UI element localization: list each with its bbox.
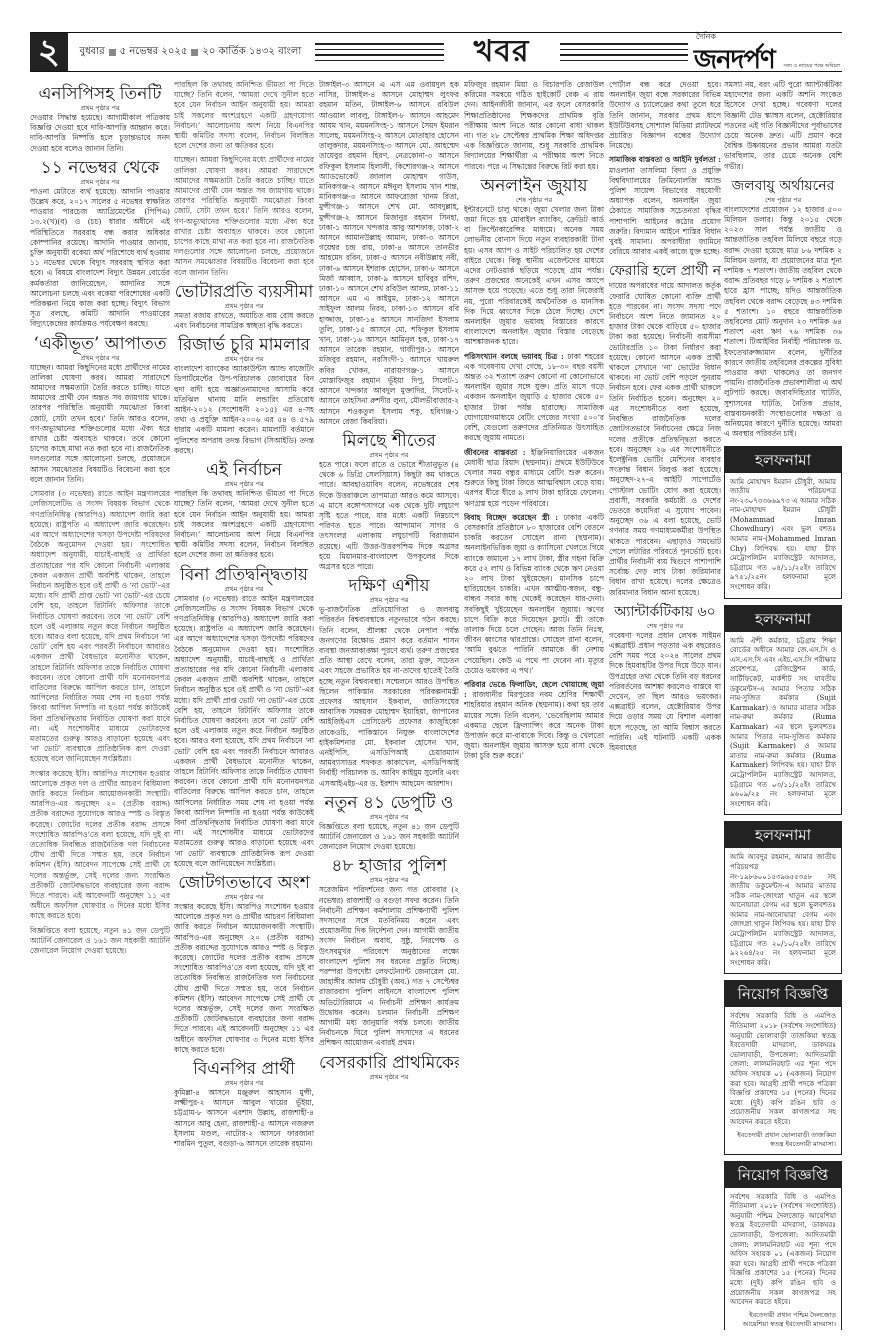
article-ferari: ফেরারি হলে প্রার্থী নয় দায়ের অপরাধের দ… xyxy=(609,261,721,597)
article-paragraph: পরিসংখ্যান বলছে ভয়াবহ চিত্র : ঢাকা শহরে… xyxy=(464,352,604,444)
jump-line: প্রথম পৃষ্ঠার পর xyxy=(319,876,459,885)
headline: বিনা প্রতিদ্বন্দ্বিতায় xyxy=(174,565,314,585)
jump-line: প্রথম পৃষ্ঠার পর xyxy=(174,1079,314,1088)
headline: ১১ নভেম্বর থেকে xyxy=(30,158,170,178)
newspaper-logo: দৈনিক জনদর্পণ সত্য ও ন্যায়ের পক্ষে অবিচ… xyxy=(694,33,842,71)
paragraph-lead: পরিসংখ্যান বলছে ভয়াবহ চিত্র : xyxy=(464,352,564,361)
notice-content: সর্বশেষ সরকারি বিধি ও এমপিও নীতিমালা ২০১… xyxy=(725,1007,841,1153)
notice-content: সর্বশেষ সরকারি বিধি ও এমপিও নীতিমালা ২০১… xyxy=(725,1188,841,1330)
notice-title: হলফনামা xyxy=(725,606,841,632)
jump-line: প্রথম পৃষ্ঠার পর xyxy=(174,585,314,594)
logo-tagline: সত্য ও ন্যায়ের পক্ষে অবিচল xyxy=(783,63,840,71)
headline: অনলাইন জুয়ায় xyxy=(464,176,604,196)
article-antarctica: অ্যান্টার্কটিকায় ৬০ শেষ পৃষ্ঠার পর গবেষ… xyxy=(609,602,721,753)
headline: এনসিপিসহ তিনটি xyxy=(30,84,170,104)
notice-body: সর্বশেষ সরকারি বিধি ও এমপিও নীতিমালা ২০১… xyxy=(730,1193,836,1308)
article-paragraph: সামাজিক বাস্তবতা ও আইনি দুর্বলতা : মাওলা… xyxy=(609,155,721,257)
jump-line: প্রথম পৃষ্ঠার পর xyxy=(174,480,314,489)
dateline: বুধবার ৫ নভেম্বর ২০২৫ ২০ কার্তিক ১৪৩২ বা… xyxy=(80,44,302,61)
decorative-rules-left xyxy=(315,43,443,61)
headline: বিএনপির প্রার্থী xyxy=(174,1059,314,1079)
article-body: দায়ের অপরাধের দায়ে আদালত কর্তৃক ফেরারি… xyxy=(609,281,721,597)
article-body-continued: পারছিল কি তথাবহ অনিশ্চিত ভীমতা পা দিতে য… xyxy=(174,80,314,151)
notice-title: নিয়োগ বিজ্ঞপ্তি xyxy=(725,981,841,1007)
jump-line: প্রথম পৃষ্ঠার পর xyxy=(30,178,170,187)
jump-line: প্রথম পৃষ্ঠার পর xyxy=(174,302,314,311)
headline: এই নির্বাচন xyxy=(174,460,314,480)
headline: ভোটারপ্রতি ব্যয়সীমা xyxy=(174,282,314,302)
article-besorkari: বেসরকারি প্রাথমিকের প্রথম পৃষ্ঠার পর xyxy=(319,1053,459,1082)
article-reserve: রিজার্ভ চুরি মামলার প্রথম পৃষ্ঠার পর বাং… xyxy=(174,335,314,456)
article-columns: এনসিপিসহ তিনটি প্রথম পৃষ্ঠার পর দেওয়ার … xyxy=(30,80,842,1330)
article-body: দেওয়ার সিদ্ধান্ত হয়েছে। আগামীকাল পত্রি… xyxy=(30,113,170,154)
headline: মিলছে শীতের xyxy=(319,431,459,451)
headline: অ্যান্টার্কটিকায় ৬০ xyxy=(609,602,721,622)
jump-line: শেষ পৃষ্ঠার পর xyxy=(609,622,721,631)
decorative-rules-right xyxy=(560,43,688,61)
article-climate: জলবায়ু অর্থায়নের শেষ পৃষ্ঠার পর বাংলাদ… xyxy=(724,176,842,440)
paragraph-text: মাওলানা তাসলিমা বিদ্যা ও প্রযুক্তি বিশ্ব… xyxy=(609,166,721,257)
notice-signature: ইবতেদায়ী প্রধান পশ্চিম দৈলজোড় আয়েশিয়… xyxy=(730,1311,836,1329)
headline: জলবায়ু অর্থায়নের xyxy=(724,176,842,196)
article-body: সরেজমিন পরিদর্শনের জন্য গত রোববার (২ নভে… xyxy=(319,885,459,1048)
column-2: পারছিল কি তথাবহ অনিশ্চিত ভীমতা পা দিতে য… xyxy=(174,80,314,1330)
article-police: ৪৮ হাজার পুলিশ প্রথম পৃষ্ঠার পর সরেজমিন … xyxy=(319,856,459,1048)
article-body-continued: যাচ্ছেন। আমরা কিছুদিনের মধ্যে প্রার্থীদে… xyxy=(174,155,314,277)
jump-line: প্রথম পৃষ্ঠার পর xyxy=(319,451,459,460)
column-3: টাঙ্গাইল-৩ আসনে এ এস এম ওবায়দুল হক নাসি… xyxy=(319,80,459,1330)
column-6: সমস্যা নয়, বরং এটি পুরো অ্যান্টার্কটিকা… xyxy=(724,80,842,1330)
article-body: পারছিল কি তথাবহ অনিশ্চিত ভীমতা পা দিতে য… xyxy=(174,489,314,560)
date-gregorian: ৫ নভেম্বর ২০২৫ xyxy=(120,44,188,61)
day-label: বুধবার xyxy=(80,44,105,61)
notice-body: আমি ঐশী কর্মকার, চট্টগ্রাম শিক্ষা বোর্ডে… xyxy=(725,632,841,815)
notice-body: আমি মোহাম্মদ ইমরান চৌধুরী, আমার জাতীয় প… xyxy=(725,473,841,598)
separator-square-icon xyxy=(109,49,116,56)
article-body: বাংলাদেশের প্রয়োজন ১২ হাজার ৫০০ মিলিয়ন… xyxy=(724,205,842,440)
paragraph-lead: সামাজিক বাস্তবতা ও আইনি দুর্বলতা : xyxy=(609,155,721,164)
notice-affidavit-3: হলফনামা আমি আবদুর রহমান, আমার জাতীয় পরি… xyxy=(724,821,842,974)
article-climate-top: সমস্যা নয়, বরং এটি পুরো অ্যান্টার্কটিকা… xyxy=(724,80,842,172)
jump-line: শেষ পৃষ্ঠার পর xyxy=(724,196,842,205)
paragraph-lead: বিবাহ বিচ্ছেদ করেছেন স্ত্রী : xyxy=(464,513,558,522)
article-body: ইন্টারনেটে চালু থাকে। জুয়া খেলার জন্য ট… xyxy=(464,205,604,348)
article-ekibhut: ‘একীভূত’ আপাতত প্রথম পৃষ্ঠার পর যাচ্ছেন।… xyxy=(30,334,170,957)
notice-recruitment-1: নিয়োগ বিজ্ঞপ্তি সর্বশেষ সরকারি বিধি ও এ… xyxy=(724,980,842,1154)
article-body: যাচ্ছেন। আমরা কিছুদিনের মধ্যে প্রার্থীদে… xyxy=(30,363,170,485)
paragraph-lead: জীবনের বাস্তবতা : xyxy=(464,448,525,457)
notice-title: হলফনামা xyxy=(725,822,841,848)
notice-body: আমি আবদুর রহমান, আমার জাতীয় পরিচয়পত্র … xyxy=(725,848,841,973)
date-bengali: ২০ কার্তিক ১৪৩২ বাংলা xyxy=(202,44,301,61)
page-number: ২ xyxy=(30,33,68,71)
article-highcourt: মফিজুর রহমান মিয়া ও বিচারপতি রেজাউল করি… xyxy=(464,80,604,172)
article-body: ভূ-রাজনৈতিক প্রতিযোগিতা ও জলবায়ু পরিবর্… xyxy=(319,605,459,789)
article-paragraph: জীবনের বাস্তবতা : ইঞ্জিনিয়ারিংয়ের একজন… xyxy=(464,448,604,509)
article-paragraph: পরিবার ভেঙে ফিলাডিং, ছেলে খোয়াচ্ছে জুয়… xyxy=(464,680,604,762)
article-body: পাওনা মেটাতে ব্যর্থ হয়েছে। আদানি পাওয়া… xyxy=(30,187,170,330)
jump-line: প্রথম পৃষ্ঠার পর xyxy=(174,355,314,364)
masthead: ২ বুধবার ৫ নভেম্বর ২০২৫ ২০ কার্তিক ১৪৩২ … xyxy=(30,32,842,72)
article-body: সমতা বজায় রাখতে, অযাচিত ব্যয় রোধ করতে … xyxy=(174,311,314,331)
separator-square-icon xyxy=(191,49,198,56)
notice-signature: ইবতেদায়ী প্রধান ভোলাবাড়ী তাজকিয়া স্বত… xyxy=(730,1131,836,1149)
headline: দক্ষিণ এশীয় xyxy=(319,576,459,596)
notice-title: নিয়োগ বিজ্ঞপ্তি xyxy=(725,1162,841,1188)
article-body: কুমিল্লা-৪ আসনে মঞ্জুরুল আহসান মুন্সী, ল… xyxy=(174,1088,314,1149)
jump-line: শেষ পৃষ্ঠার পর xyxy=(464,196,604,205)
paragraph-text: রাজধানীর মিরপুরের নবম শ্রেণির শিক্ষার্থী… xyxy=(464,690,604,760)
headline: জোটগতভাবে অংশ xyxy=(174,873,314,893)
notice-recruitment-2: নিয়োগ বিজ্ঞপ্তি সর্বশেষ সরকারি বিধি ও এ… xyxy=(724,1161,842,1330)
headline: ‘একীভূত’ আপাতত xyxy=(30,334,170,354)
notice-title: হলফনামা xyxy=(725,447,841,473)
jump-line: প্রথম পৃষ্ঠার পর xyxy=(174,893,314,902)
article-body: বিজ্ঞপ্তিতে বলা হয়েছে, নতুন ৪১ জন ডেপুট… xyxy=(319,822,459,853)
article-paragraph: বিবাহ বিচ্ছেদ করেছেন স্ত্রী : ঢাকার একটি… xyxy=(464,513,604,676)
article-deputy: নতুন ৪১ ডেপুটি ও প্রথম পৃষ্ঠার পর বিজ্ঞপ… xyxy=(319,793,459,853)
headline: ফেরারি হলে প্রার্থী নয় xyxy=(609,261,721,281)
article-body-continued: বিজ্ঞপ্তিতে বলা হয়েছে, নতুন ৪১ জন ডেপুট… xyxy=(30,926,170,957)
article-body-continued: সংস্কার করেছে ইসি। আরপিও সংশোধন হওয়ার আ… xyxy=(30,769,170,922)
article-body: গবেষণা দলের প্রধান লেখক সাইমন এক্সব্রাইট… xyxy=(609,631,721,753)
section-title: খবর xyxy=(474,27,530,78)
article-body: হতে পারে। ফলে রাতে ও ভোরে শীতানুভূত (৪ থ… xyxy=(319,460,459,572)
jump-line: প্রথম পৃষ্ঠার পর xyxy=(319,1073,459,1082)
article-ncp: এনসিপিসহ তিনটি প্রথম পৃষ্ঠার পর দেওয়ার … xyxy=(30,84,170,154)
newspaper-page: ২ বুধবার ৫ নভেম্বর ২০২৫ ২০ কার্তিক ১৪৩২ … xyxy=(30,10,842,1330)
headline: রিজার্ভ চুরি মামলার xyxy=(174,335,314,355)
notice-body: সর্বশেষ সরকারি বিধি ও এমপিও নীতিমালা ২০১… xyxy=(730,1012,836,1127)
headline: নতুন ৪১ ডেপুটি ও xyxy=(319,793,459,813)
paragraph-text: ঢাকার একটি বেসরকারি প্রতিষ্ঠানে ৮০ হাজার… xyxy=(464,513,604,675)
article-milche: মিলছে শীতের প্রথম পৃষ্ঠার পর হতে পারে। ফ… xyxy=(319,431,459,572)
article-bnp: বিএনপির প্রার্থী প্রথম পৃষ্ঠার পর কুমিল্… xyxy=(174,1059,314,1149)
paragraph-text: ঢাকা শহরের এক গবেষণায় দেখা গেছে, ১৮-৩০ … xyxy=(464,352,604,443)
jump-line: প্রথম পৃষ্ঠার পর xyxy=(319,813,459,822)
notice-affidavit-2: হলফনামা আমি ঐশী কর্মকার, চট্টগ্রাম শিক্ষ… xyxy=(724,605,842,816)
headline: ৪৮ হাজার পুলিশ xyxy=(319,856,459,876)
article-nov11: ১১ নভেম্বর থেকে প্রথম পৃষ্ঠার পর পাওনা ম… xyxy=(30,158,170,330)
article-online: অনলাইন জুয়ায় শেষ পৃষ্ঠার পর ইন্টারনেটে… xyxy=(464,176,604,762)
article-tangail: টাঙ্গাইল-৩ আসনে এ এস এম ওবায়দুল হক নাসি… xyxy=(319,80,459,427)
column-1: এনসিপিসহ তিনটি প্রথম পৃষ্ঠার পর দেওয়ার … xyxy=(30,80,170,1330)
headline: বেসরকারি প্রাথমিকের xyxy=(319,1053,459,1073)
article-body-continued: সোমবার (৩ নভেম্বর) রাতে আইন মন্ত্রণালয়ে… xyxy=(30,489,170,764)
article-body: বাংলাদেশ ব্যাংকের অ্যাকাউন্টস অ্যান্ড বা… xyxy=(174,364,314,456)
jump-line: প্রথম পৃষ্ঠার পর xyxy=(319,596,459,605)
article-dakkhin: দক্ষিণ এশীয় প্রথম পৃষ্ঠার পর ভূ-রাজনৈতি… xyxy=(319,576,459,789)
logo-name: জনদর্পণ xyxy=(694,39,775,83)
article-body: সোমবার (৩ নভেম্বর) রাতে আইন মন্ত্রণালয়ে… xyxy=(174,594,314,869)
jump-line: প্রথম পৃষ্ঠার পর xyxy=(30,104,170,113)
article-election: এই নির্বাচন প্রথম পৃষ্ঠার পর পারছিল কি ত… xyxy=(174,460,314,560)
jump-line: প্রথম পৃষ্ঠার পর xyxy=(30,354,170,363)
article-body: সংস্কার করেছে ইসি। আরপিও সংশোধন হওয়ার আ… xyxy=(174,902,314,1055)
column-4: মফিজুর রহমান মিয়া ও বিচারপতি রেজাউল করি… xyxy=(464,80,604,1330)
notice-affidavit-1: হলফনামা আমি মোহাম্মদ ইমরান চৌধুরী, আমার … xyxy=(724,446,842,599)
article-bina: বিনা প্রতিদ্বন্দ্বিতায় প্রথম পৃষ্ঠার পর… xyxy=(174,565,314,869)
article-online-continued: পোর্টাল বন্ধ করে দেওয়া হবে। অনলাইন জুয়… xyxy=(609,80,721,151)
column-5: পোর্টাল বন্ধ করে দেওয়া হবে। অনলাইন জুয়… xyxy=(609,80,721,1330)
article-jot: জোটগতভাবে অংশ প্রথম পৃষ্ঠার পর সংস্কার ক… xyxy=(174,873,314,1055)
article-vote: ভোটারপ্রতি ব্যয়সীমা প্রথম পৃষ্ঠার পর সম… xyxy=(174,282,314,331)
